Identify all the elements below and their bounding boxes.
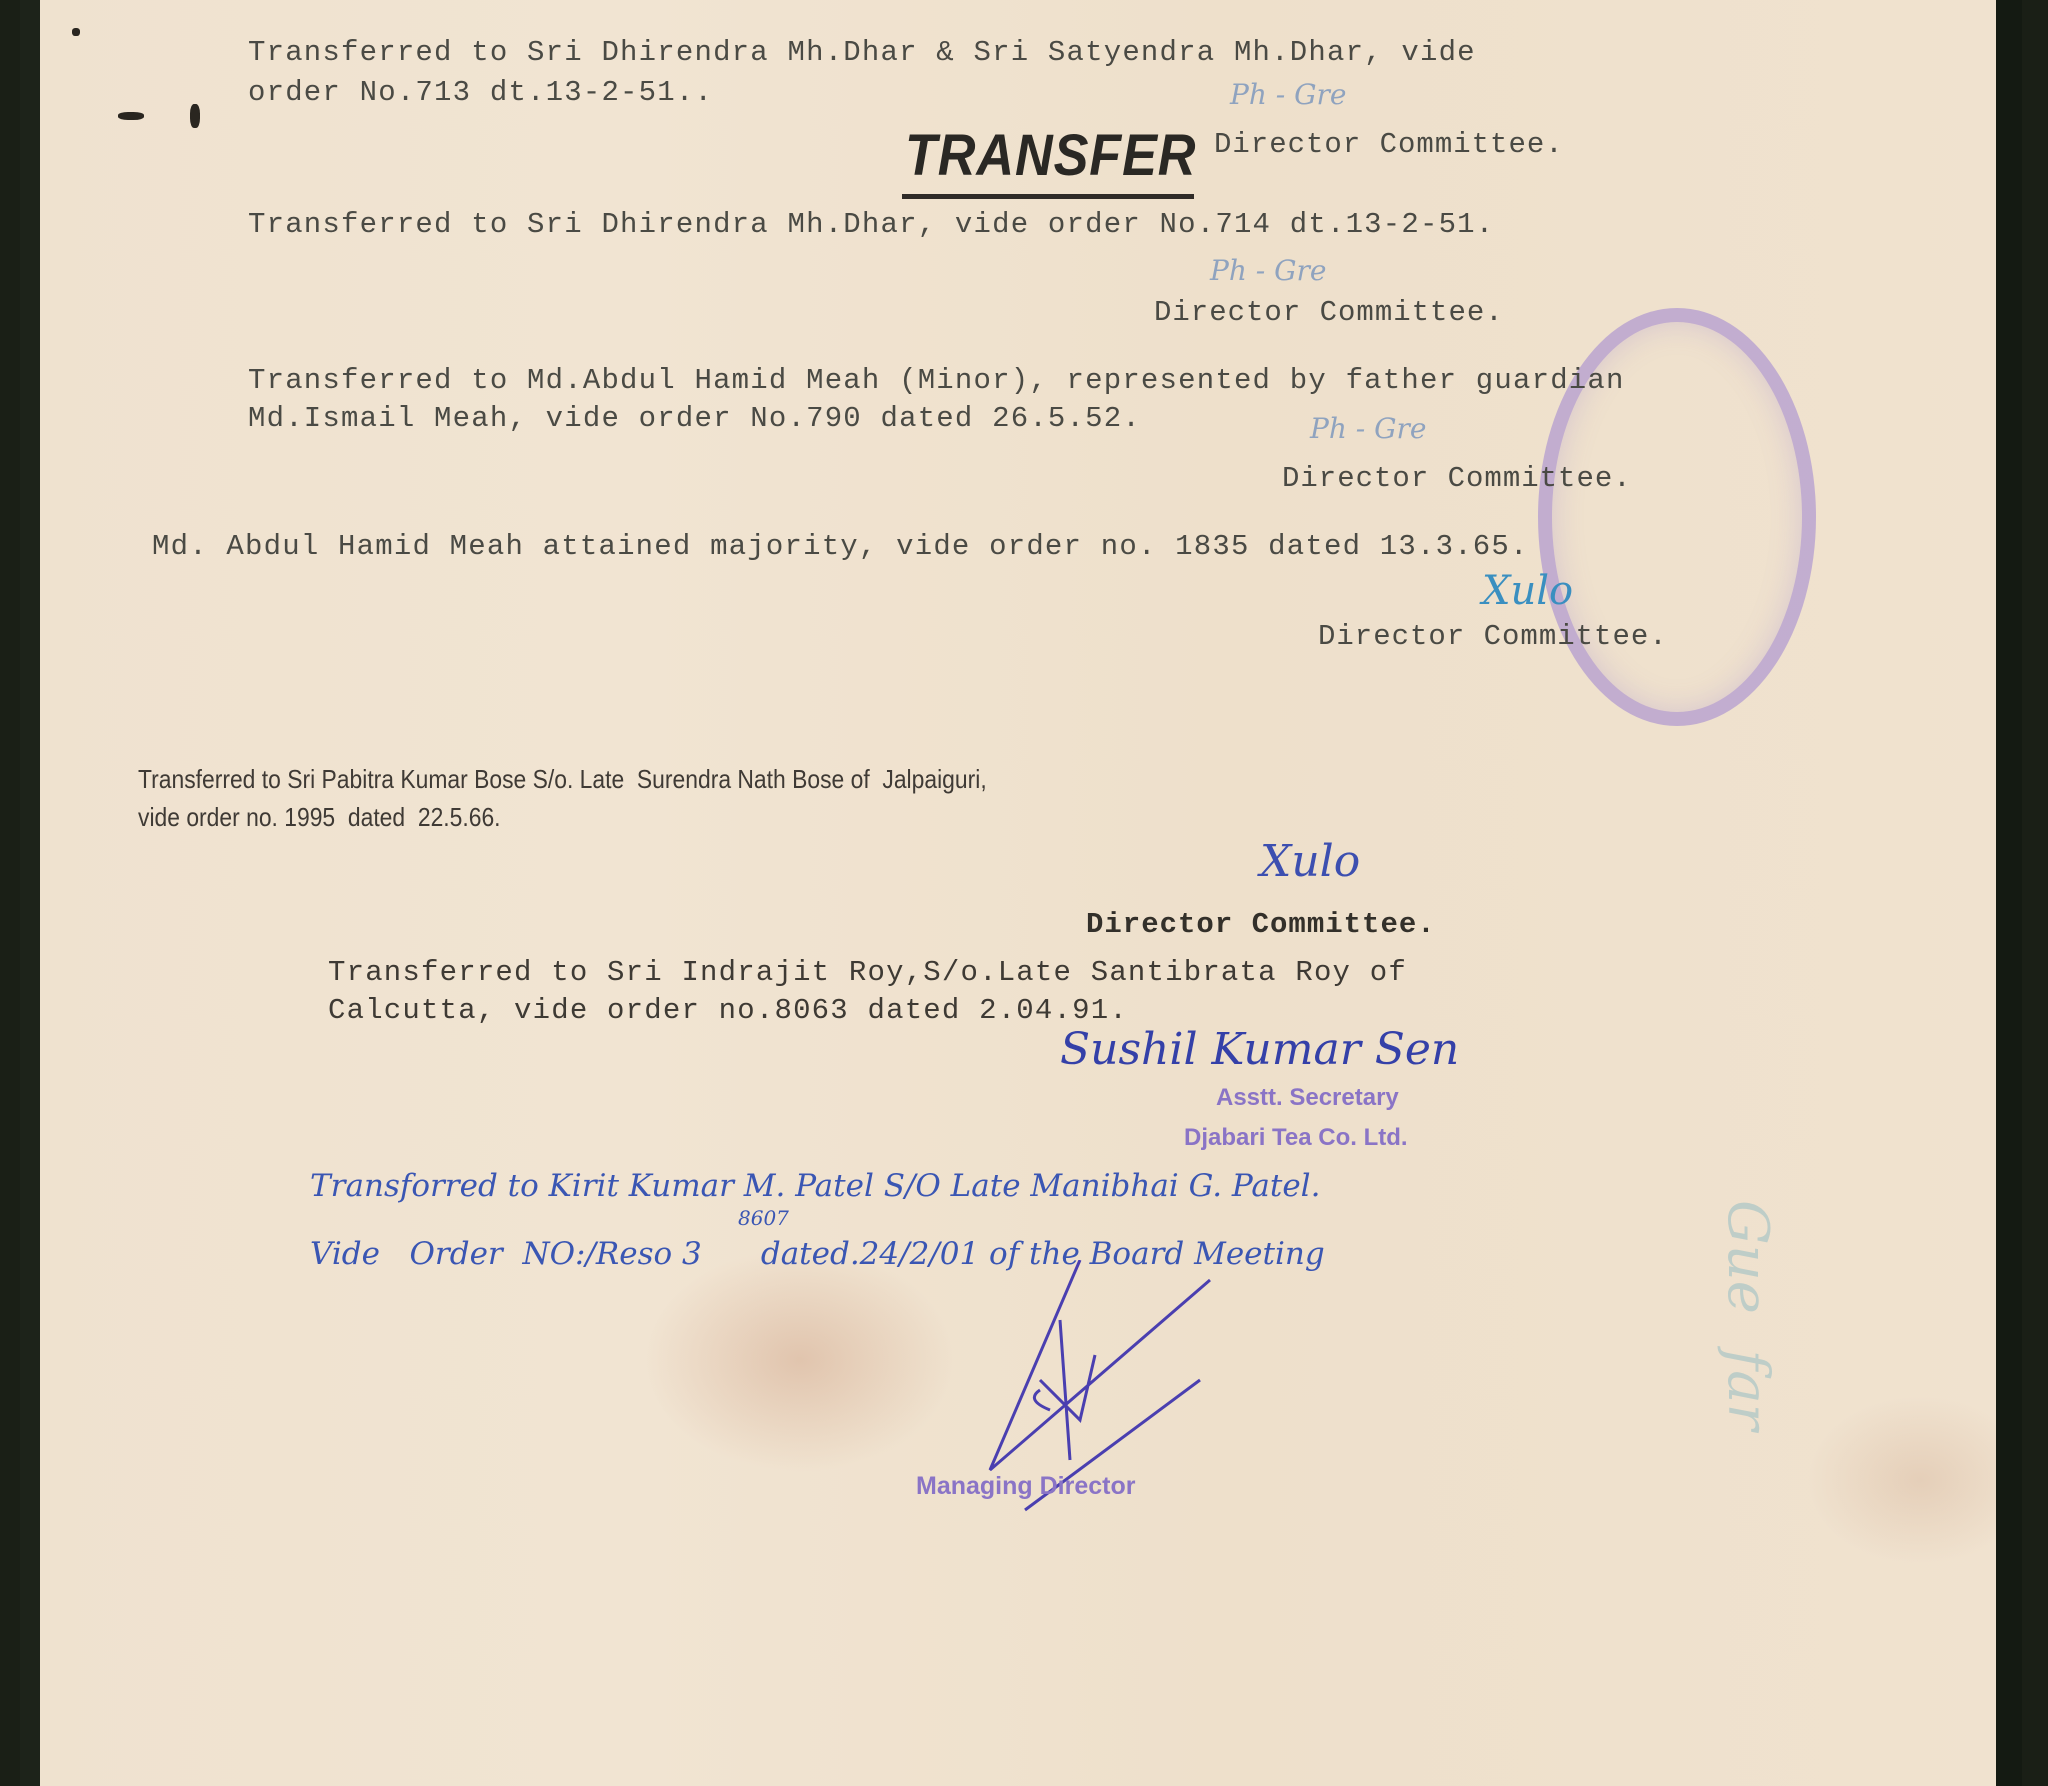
entry-1-signatory: Director Committee. <box>1214 128 1564 161</box>
punch-hole <box>72 28 80 36</box>
entry-6-line-1: Transferred to Sri Indrajit Roy,S/o.Late… <box>328 956 1407 989</box>
entry-3-line-1: Transferred to Md.Abdul Hamid Meah (Mino… <box>248 364 1625 397</box>
entry-3-line-2: Md.Ismail Meah, vide order No.790 dated … <box>248 402 1141 435</box>
entry-1-line-2: order No.713 dt.13-2-51.. <box>248 76 713 109</box>
entry-7-superscript: 8607 <box>738 1206 789 1230</box>
entry-4-signatory: Director Committee. <box>1318 620 1668 653</box>
document-heading: TRANSFER <box>905 122 1196 189</box>
heading-underline <box>902 194 1194 199</box>
entry-6-stamp-title: Asstt. Secretary <box>1216 1084 1399 1112</box>
punch-hole <box>118 112 144 120</box>
entry-6-stamp-company: Djabari Tea Co. Ltd. <box>1184 1124 1408 1152</box>
faded-ink-bleed: Gue far <box>1715 1200 1780 1430</box>
entry-6-signature: Sushil Kumar Sen <box>1060 1024 1459 1075</box>
entry-3-signatory: Director Committee. <box>1282 462 1632 495</box>
entry-1-line-1: Transferred to Sri Dhirendra Mh.Dhar & S… <box>248 36 1476 69</box>
entry-5-line-2: vide order no. 1995 dated 22.5.66. <box>138 802 501 833</box>
entry-7-stamp: Managing Director <box>916 1472 1135 1501</box>
entry-5-signature: Xulo <box>1260 836 1360 887</box>
entry-5-signatory: Director Committee. <box>1086 908 1436 941</box>
entry-2-signature: Ph - Gre <box>1210 254 1326 287</box>
entry-6-line-2: Calcutta, vide order no.8063 dated 2.04.… <box>328 994 1128 1027</box>
entry-7-line-1: Transforred to Kirit Kumar M. Patel S/O … <box>310 1168 1320 1204</box>
document-page: Transferred to Sri Dhirendra Mh.Dhar & S… <box>20 0 2022 1786</box>
entry-3-signature: Ph - Gre <box>1310 412 1426 445</box>
entry-4-line-1: Md. Abdul Hamid Meah attained majority, … <box>152 530 1529 563</box>
punch-hole <box>190 104 200 128</box>
entry-2-line-1: Transferred to Sri Dhirendra Mh.Dhar, vi… <box>248 208 1494 241</box>
scan-border-left <box>20 0 40 1786</box>
entry-5-line-1: Transferred to Sri Pabitra Kumar Bose S/… <box>138 764 987 795</box>
scan-border-right <box>1996 0 2022 1786</box>
entry-2-signatory: Director Committee. <box>1154 296 1504 329</box>
entry-4-signature: Xulo <box>1482 568 1573 614</box>
entry-1-signature: Ph - Gre <box>1230 78 1346 111</box>
